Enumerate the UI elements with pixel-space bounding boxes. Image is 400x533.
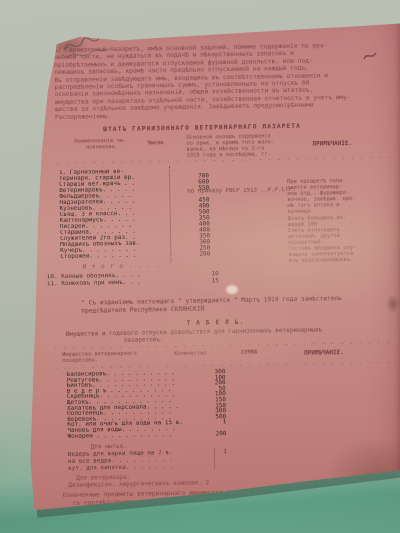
- staff-extra-row-label: 11. Конюховъ при немъ. . .: [47, 279, 195, 288]
- dashed-rule: - - - - - - - - - - - - - - - - - - - - …: [56, 154, 391, 167]
- tabel-col-item: Имущество ветеринарнаго лазаретовъ.: [62, 351, 137, 364]
- decree-line: предсѣдателя Республики СКЛЯНСКІЙ: [81, 306, 204, 315]
- staff-col-count: Число: [147, 140, 163, 146]
- staff-table-title: ШТАТЪ ГАРНИЗОННАГО ВЕТЕРИНАРНАГО ЛАЗАРЕТ…: [103, 123, 301, 133]
- staff-total-row: И т о г о . . . .: [83, 262, 162, 270]
- wash-header: Для мытья.: [91, 443, 127, 451]
- tabel-col-sum: СУММА: [241, 350, 257, 356]
- staff-col-note: ПРИМѢЧАНІЕ.: [312, 141, 352, 148]
- photo-of-document: 5/ Гарнизонный лазаретъ, имѣя основной з…: [0, 0, 400, 533]
- staff-extra-row-value: 15: [195, 278, 219, 285]
- order-reference: по приказу РВСР 1913 ..Р.Р.СТР.: [187, 187, 295, 195]
- tabel-subtitle-line: Имущества и годового отпуска довольствія…: [66, 326, 323, 337]
- decree-line: " Съ изданіемъ настоящаго " утверждается…: [81, 295, 342, 307]
- staff-col-salary: Основной окладъ содержанія по прик. и кр…: [186, 133, 274, 159]
- staff-col-names: Наименованіе чи- новниковъ: [57, 138, 143, 152]
- staff-notes: При лазаретѣ пола- гается ветеринар- ное…: [287, 178, 357, 264]
- staff-row-label: Сторожей. . . . . . .: [60, 252, 186, 260]
- tabel-title: Т А Б Е Л Ь.: [187, 319, 245, 327]
- document-sheet: 5/ Гарнизонный лазаретъ, имѣя основной з…: [0, 0, 400, 533]
- vet-line: Дезинфекціон. хирургическихъ комплек. 2: [68, 479, 209, 488]
- wash-row-label: кут. для кипятка. . . . . . .: [68, 464, 203, 473]
- corner-mark: [362, 50, 378, 62]
- tabel-row-label: Фонарей . . . . . . . . . . .: [67, 431, 202, 440]
- staff-row-value: 200: [186, 251, 210, 258]
- tabel-row-value: 200: [202, 431, 226, 438]
- tabel-col-note: ПРИМѢЧАНІЕ.: [304, 350, 344, 357]
- tabel-col-qty: Количество: [174, 350, 207, 357]
- typed-text-layer: 5/ Гарнизонный лазаретъ, имѣя основной з…: [0, 0, 400, 533]
